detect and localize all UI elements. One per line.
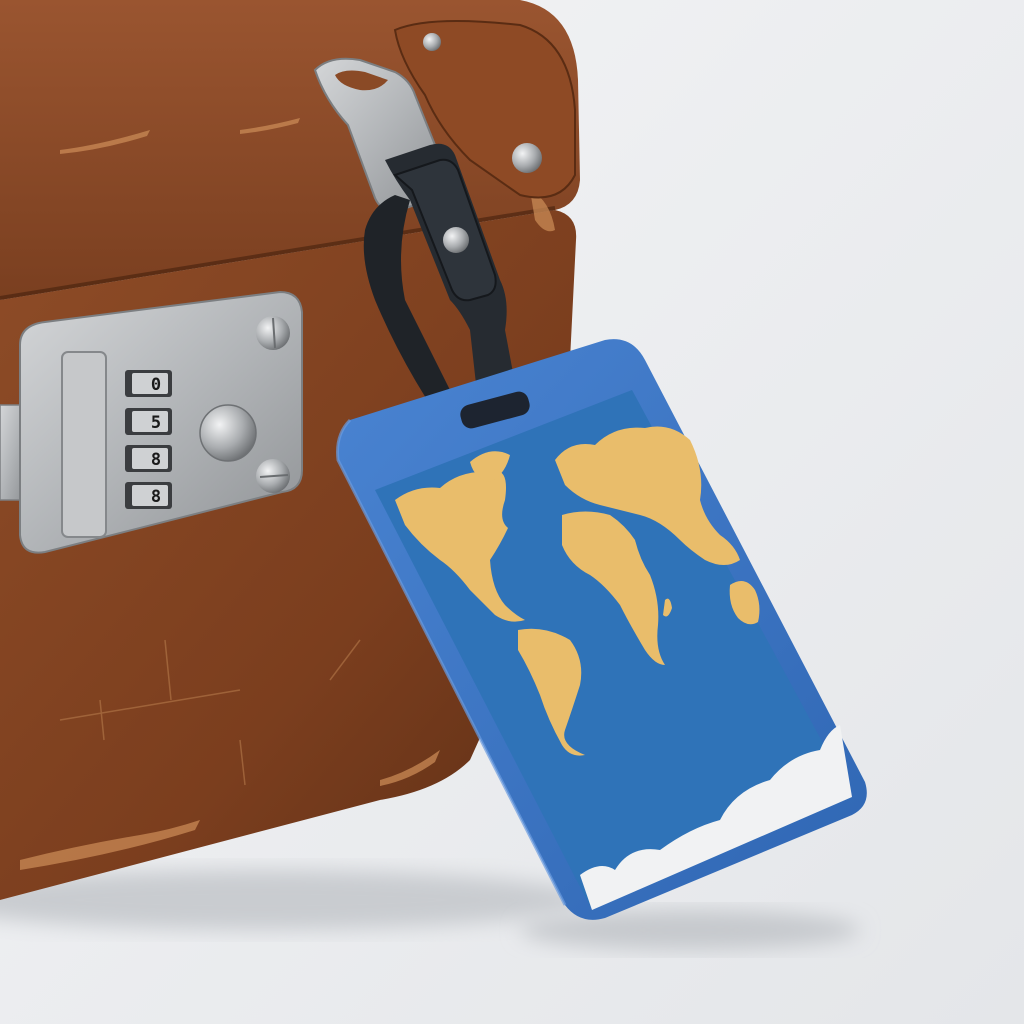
lock-latch[interactable] <box>62 352 106 537</box>
tag-shadow <box>520 910 860 950</box>
screw-icon <box>256 316 290 350</box>
strap-screw-icon <box>443 227 469 253</box>
lock-push-button[interactable] <box>200 405 256 461</box>
wheel-digit-3: 8 <box>151 450 161 470</box>
screw-icon <box>256 459 290 493</box>
wheel-digit-1: 0 <box>151 375 161 395</box>
rivet-icon <box>423 33 441 51</box>
combination-wheel[interactable]: 0 <box>125 370 172 397</box>
wheel-digit-2: 5 <box>151 413 161 433</box>
combination-wheel[interactable]: 5 <box>125 408 172 435</box>
photo-scene: 0 5 8 8 <box>0 0 1024 1024</box>
rivet-icon <box>512 143 542 173</box>
wheel-digit-4: 8 <box>151 487 161 507</box>
combination-wheel[interactable]: 8 <box>125 482 172 509</box>
combination-wheel[interactable]: 8 <box>125 445 172 472</box>
